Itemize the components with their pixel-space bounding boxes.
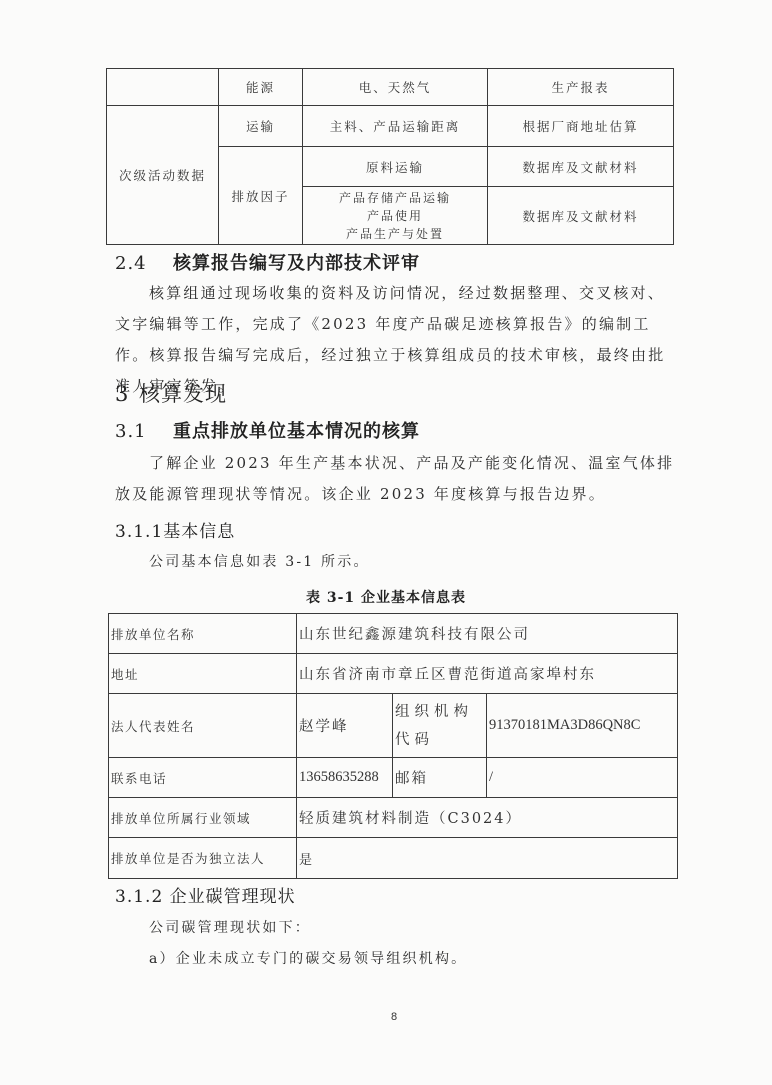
label-cell: 组织机构代码	[393, 694, 487, 758]
cell-line: 产品存储产品运输	[303, 189, 487, 207]
value-cell: 轻质建筑材料制造（C3024）	[297, 798, 678, 838]
table-cell: 运输	[219, 106, 303, 147]
table-cell: 原料运输	[303, 147, 488, 187]
value-cell: 是	[297, 838, 678, 879]
value-cell: /	[487, 758, 678, 798]
section-heading-3-1: 3.1重点排放单位基本情况的核算	[115, 417, 420, 443]
list-item: a）企业未成立专门的碳交易领导组织机构。	[149, 944, 709, 975]
section-heading-3-1-2: 3.1.2 企业碳管理现状	[115, 882, 296, 907]
paragraph: 公司基本信息如表 3-1 所示。	[149, 547, 709, 578]
paragraph: 了解企业 2023 年生产基本状况、产品及产能变化情况、温室气体排放及能源管理现…	[115, 448, 675, 510]
label-cell: 联系电话	[109, 758, 297, 798]
table-cell: 数据库及文献材料	[488, 147, 674, 187]
table-caption: 表 3-1 企业基本信息表	[0, 587, 772, 607]
value-cell: 13658635288	[297, 758, 393, 798]
table-cell	[107, 69, 219, 106]
table-cell: 根据厂商地址估算	[488, 106, 674, 147]
table-cell: 电、天然气	[303, 69, 488, 106]
table-cell: 排放因子	[219, 147, 303, 245]
table-cell: 能源	[219, 69, 303, 106]
value-cell: 91370181MA3D86QN8C	[487, 694, 678, 758]
value-cell: 山东省济南市章丘区曹范街道高家埠村东	[297, 654, 678, 694]
label-cell: 排放单位所属行业领域	[109, 798, 297, 838]
table-cell: 次级活动数据	[107, 106, 219, 245]
section-number: 2.4	[115, 253, 173, 274]
cell-line: 产品生产与处置	[303, 225, 487, 243]
page-number: 8	[391, 1011, 397, 1023]
activity-data-table: 能源 电、天然气 生产报表 次级活动数据 运输 主料、产品运输距离 根据厂商地址…	[106, 68, 674, 245]
section-heading-2-4: 2.4核算报告编写及内部技术评审	[115, 249, 420, 275]
section-heading-3-1-1: 3.1.1基本信息	[115, 517, 235, 542]
section-number: 3.1	[115, 421, 173, 442]
company-info-table: 排放单位名称 山东世纪鑫源建筑科技有限公司 地址 山东省济南市章丘区曹范街道高家…	[108, 613, 678, 879]
section-heading-3: 3核算发现	[115, 378, 227, 408]
label-cell: 法人代表姓名	[109, 694, 297, 758]
table-cell: 生产报表	[488, 69, 674, 106]
section-number: 3	[115, 382, 139, 406]
value-cell: 赵学峰	[297, 694, 393, 758]
section-title: 重点排放单位基本情况的核算	[173, 421, 420, 442]
table-cell: 主料、产品运输距离	[303, 106, 488, 147]
label-cell: 排放单位名称	[109, 614, 297, 654]
value-cell: 山东世纪鑫源建筑科技有限公司	[297, 614, 678, 654]
section-title: 核算报告编写及内部技术评审	[173, 253, 420, 274]
label-cell: 排放单位是否为独立法人	[109, 838, 297, 879]
section-title: 核算发现	[139, 382, 227, 406]
cell-line: 产品使用	[303, 207, 487, 225]
paragraph: 公司碳管理现状如下：	[149, 913, 709, 944]
label-cell: 邮箱	[393, 758, 487, 798]
table-cell: 数据库及文献材料	[488, 187, 674, 245]
table-cell: 产品存储产品运输 产品使用 产品生产与处置	[303, 187, 488, 245]
label-cell: 地址	[109, 654, 297, 694]
